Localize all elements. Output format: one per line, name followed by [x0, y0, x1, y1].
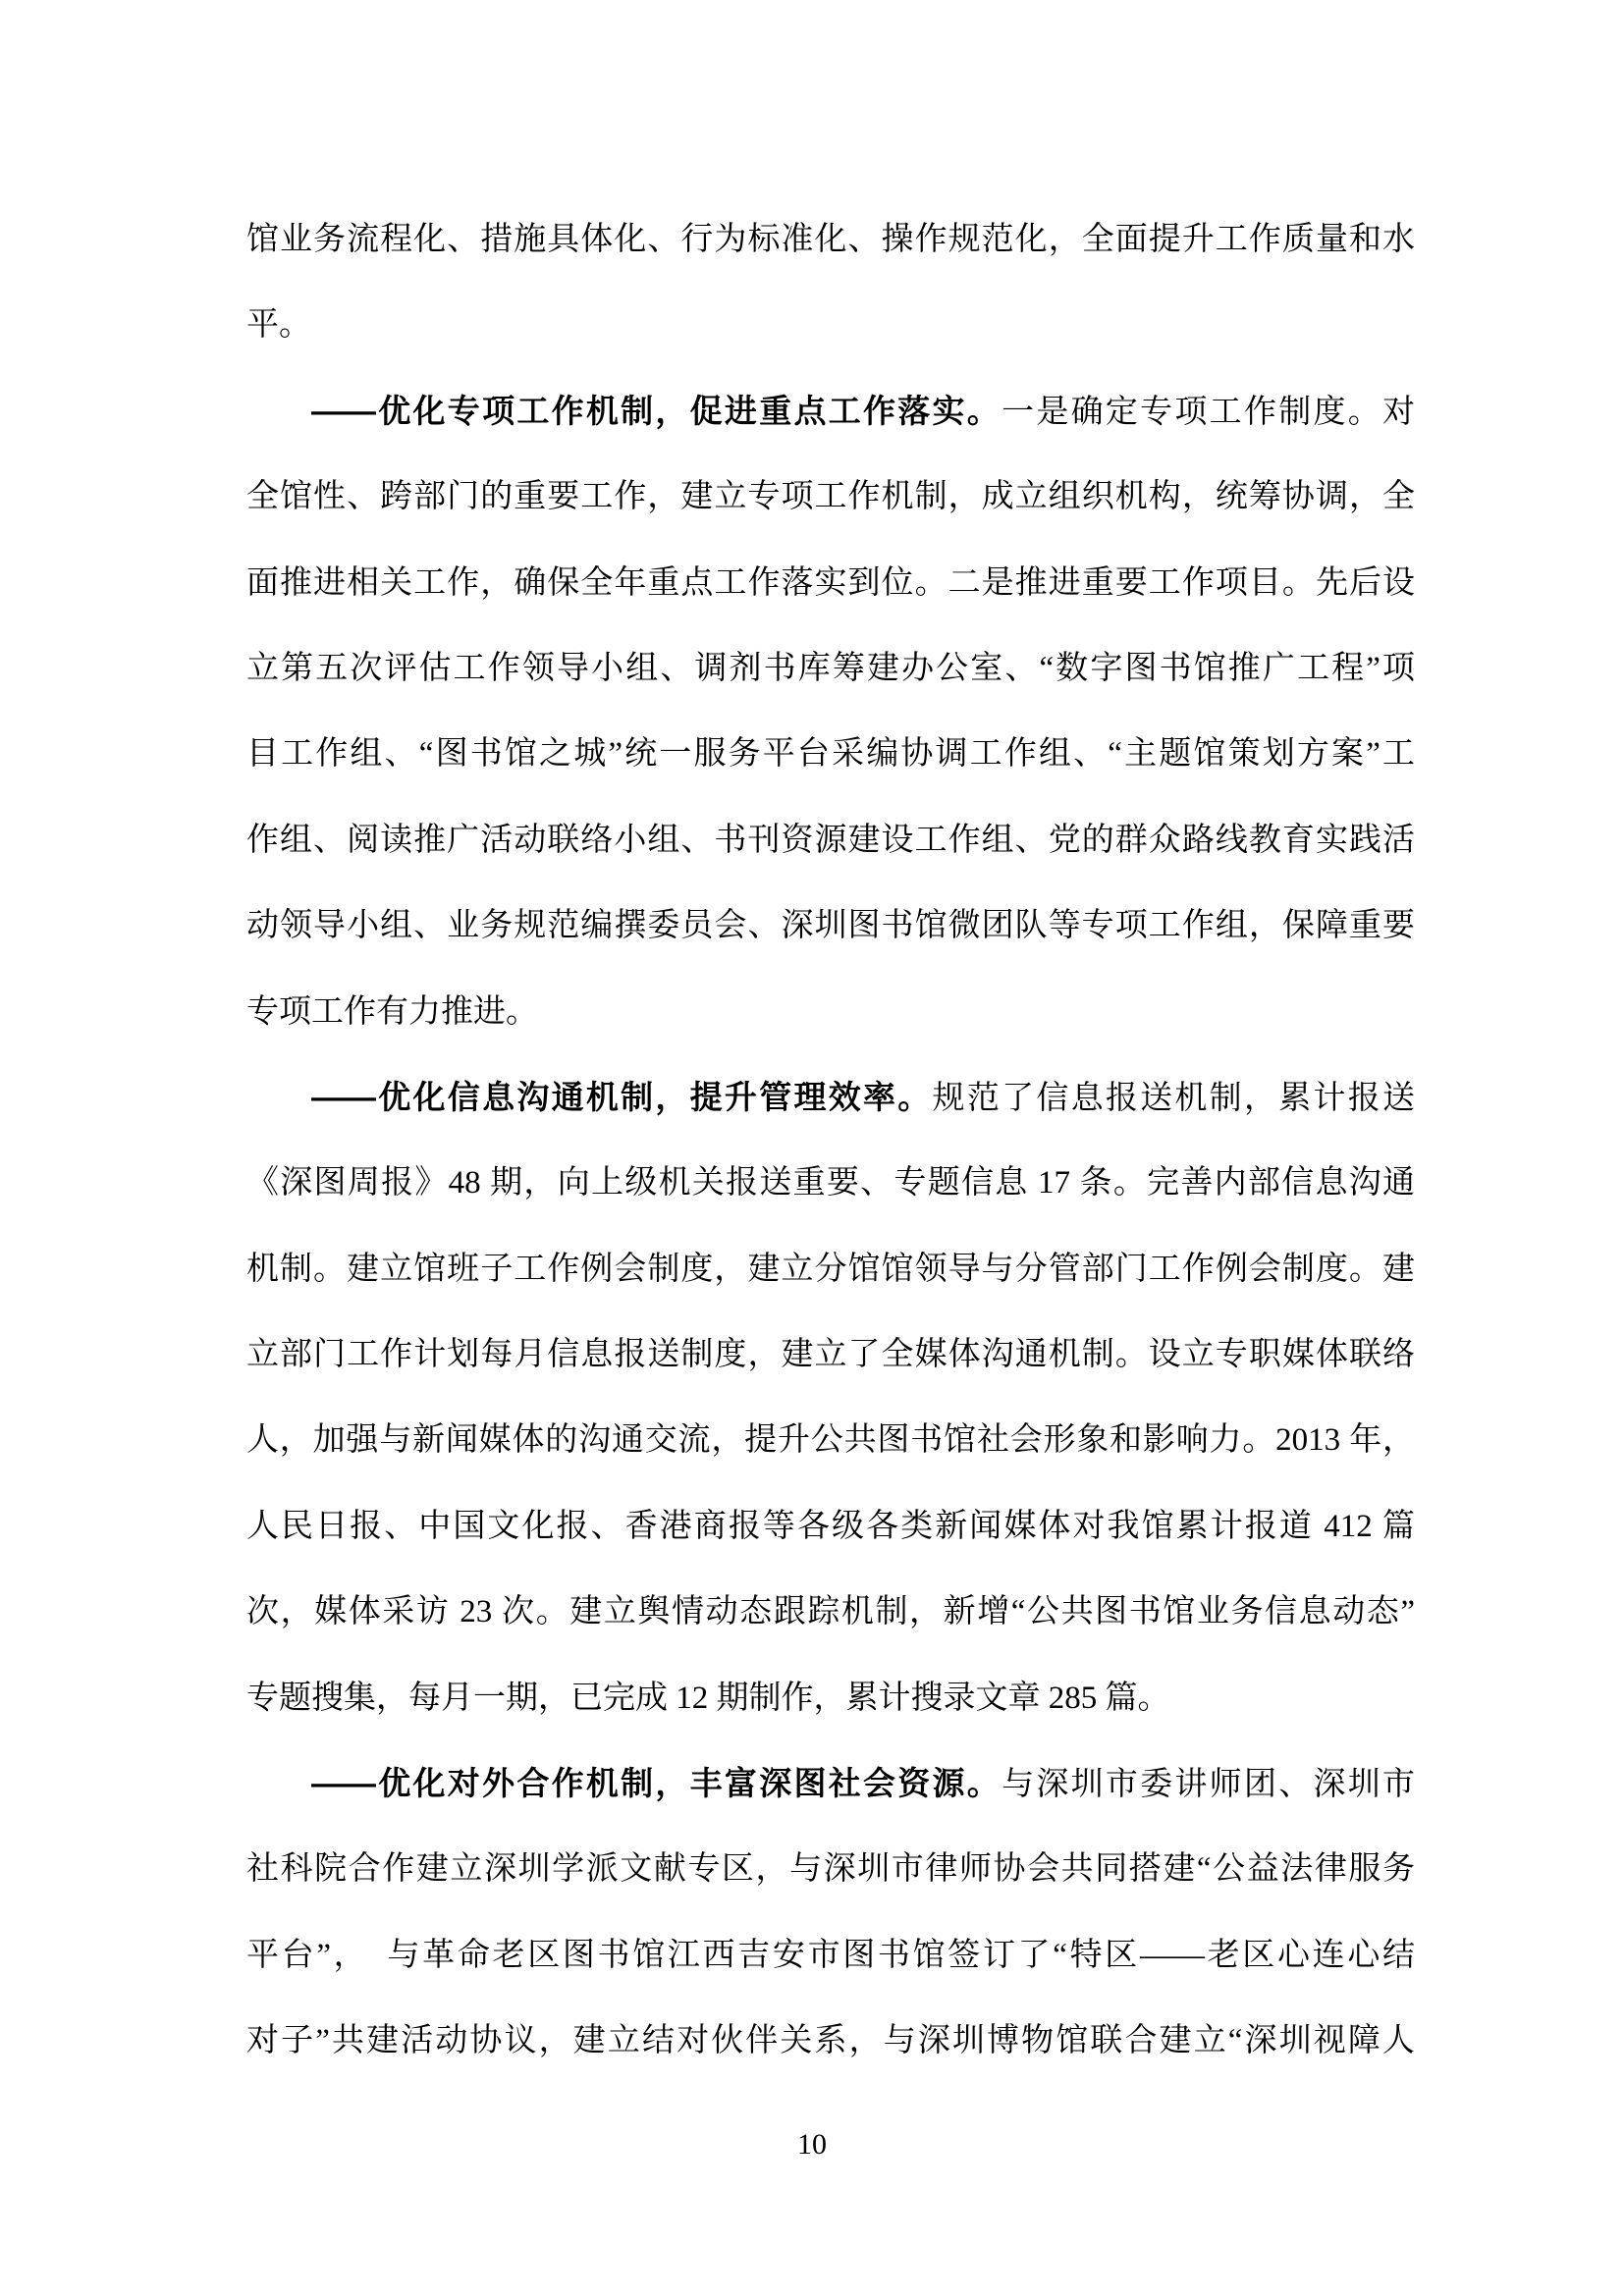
text-run: 一是确定专项工作制度。对	[1001, 395, 1415, 430]
page-number: 10	[0, 2128, 1624, 2162]
bold-heading-run: ——优化专项工作机制，促进重点工作落实。	[311, 393, 1001, 429]
text-line: 次，媒体采访 23 次。建立舆情动态跟踪机制，新增“公共图书馆业务信息动态”	[246, 1592, 1415, 1678]
text-line: 动领导小组、业务规范编撰委员会、深圳图书馆微团队等专项工作组，保障重要	[246, 906, 1415, 991]
text-run: 全馆性、跨部门的重要工作，建立专项工作机制，成立组织机构，统筹协调，全	[246, 479, 1415, 514]
text-run: 与深圳市委讲师团、深圳市	[1001, 1767, 1415, 1802]
text-run: 社科院合作建立深圳学派文献专区，与深圳市律师协会共同搭建“公益法律服务	[246, 1851, 1415, 1887]
text-line: 立部门工作计划每月信息报送制度，建立了全媒体沟通机制。设立专职媒体联络	[246, 1335, 1415, 1420]
text-run: 规范了信息报送机制，累计报送	[933, 1081, 1415, 1116]
text-line: 人，加强与新闻媒体的沟通交流，提升公共图书馆社会形象和影响力。2013 年，	[246, 1420, 1415, 1506]
text-run: 专题搜集，每月一期，已完成 12 期制作，累计搜录文章 285 篇。	[246, 1681, 1170, 1716]
bold-heading-run: ——优化信息沟通机制，提升管理效率。	[311, 1079, 933, 1115]
text-run: 对子”共建活动协议，建立结对伙伴关系，与深圳博物馆联合建立“深圳视障人	[246, 2023, 1415, 2058]
text-line: ——优化对外合作机制，丰富深图社会资源。与深圳市委讲师团、深圳市	[246, 1764, 1415, 1849]
text-line: 作组、阅读推广活动联络小组、书刊资源建设工作组、党的群众路线教育实践活	[246, 821, 1415, 906]
text-run: 目工作组、“图书馆之城”统一服务平台采编协调工作组、“主题馆策划方案”工	[246, 736, 1415, 772]
text-line: ——优化专项工作机制，促进重点工作落实。一是确定专项工作制度。对	[246, 392, 1415, 477]
text-run: 专项工作有力推进。	[246, 994, 538, 1030]
text-run: 立部门工作计划每月信息报送制度，建立了全媒体沟通机制。设立专职媒体联络	[246, 1337, 1415, 1372]
text-run: 动领导小组、业务规范编撰委员会、深圳图书馆微团队等专项工作组，保障重要	[246, 908, 1415, 943]
text-run: 人，加强与新闻媒体的沟通交流，提升公共图书馆社会形象和影响力。2013 年，	[246, 1422, 1415, 1458]
text-run: 次，媒体采访 23 次。建立舆情动态跟踪机制，新增“公共图书馆业务信息动态”	[246, 1594, 1415, 1629]
text-line: 馆业务流程化、措施具体化、行为标准化、操作规范化，全面提升工作质量和水	[246, 220, 1415, 305]
text-line: 社科院合作建立深圳学派文献专区，与深圳市律师协会共同搭建“公益法律服务	[246, 1849, 1415, 1935]
text-line: 机制。建立馆班子工作例会制度，建立分馆馆领导与分管部门工作例会制度。建	[246, 1250, 1415, 1335]
document-page: 馆业务流程化、措施具体化、行为标准化、操作规范化，全面提升工作质量和水平。——优…	[0, 0, 1624, 2296]
bold-heading-run: ——优化对外合作机制，丰富深图社会资源。	[311, 1765, 1001, 1801]
text-run: 平台”， 与革命老区图书馆江西吉安市图书馆签订了“特区——老区心连心结	[246, 1938, 1415, 1973]
text-run: 作组、阅读推广活动联络小组、书刊资源建设工作组、党的群众路线教育实践活	[246, 823, 1415, 858]
document-body: 馆业务流程化、措施具体化、行为标准化、操作规范化，全面提升工作质量和水平。——优…	[246, 220, 1415, 2108]
text-line: 立第五次评估工作领导小组、调剂书库筹建办公室、“数字图书馆推广工程”项	[246, 649, 1415, 734]
text-run: 《深图周报》48 期，向上级机关报送重要、专题信息 17 条。完善内部信息沟通	[246, 1165, 1415, 1201]
text-line: ——优化信息沟通机制，提升管理效率。规范了信息报送机制，累计报送	[246, 1078, 1415, 1163]
text-run: 馆业务流程化、措施具体化、行为标准化、操作规范化，全面提升工作质量和水	[246, 222, 1415, 257]
text-run: 人民日报、中国文化报、香港商报等各级各类新闻媒体对我馆累计报道 412 篇	[246, 1509, 1415, 1544]
text-line: 专题搜集，每月一期，已完成 12 期制作，累计搜录文章 285 篇。	[246, 1679, 1415, 1764]
text-run: 平。	[246, 307, 311, 343]
text-line: 专项工作有力推进。	[246, 992, 1415, 1078]
text-run: 面推进相关工作，确保全年重点工作落实到位。二是推进重要工作项目。先后设	[246, 565, 1415, 601]
text-line: 全馆性、跨部门的重要工作，建立专项工作机制，成立组织机构，统筹协调，全	[246, 477, 1415, 562]
text-run: 立第五次评估工作领导小组、调剂书库筹建办公室、“数字图书馆推广工程”项	[246, 651, 1415, 686]
text-line: 目工作组、“图书馆之城”统一服务平台采编协调工作组、“主题馆策划方案”工	[246, 734, 1415, 820]
text-line: 人民日报、中国文化报、香港商报等各级各类新闻媒体对我馆累计报道 412 篇	[246, 1507, 1415, 1592]
text-line: 对子”共建活动协议，建立结对伙伴关系，与深圳博物馆联合建立“深圳视障人	[246, 2021, 1415, 2107]
text-line: 《深图周报》48 期，向上级机关报送重要、专题信息 17 条。完善内部信息沟通	[246, 1163, 1415, 1249]
text-run: 机制。建立馆班子工作例会制度，建立分馆馆领导与分管部门工作例会制度。建	[246, 1252, 1415, 1287]
text-line: 平。	[246, 305, 1415, 391]
text-line: 平台”， 与革命老区图书馆江西吉安市图书馆签订了“特区——老区心连心结	[246, 1936, 1415, 2021]
text-line: 面推进相关工作，确保全年重点工作落实到位。二是推进重要工作项目。先后设	[246, 563, 1415, 649]
